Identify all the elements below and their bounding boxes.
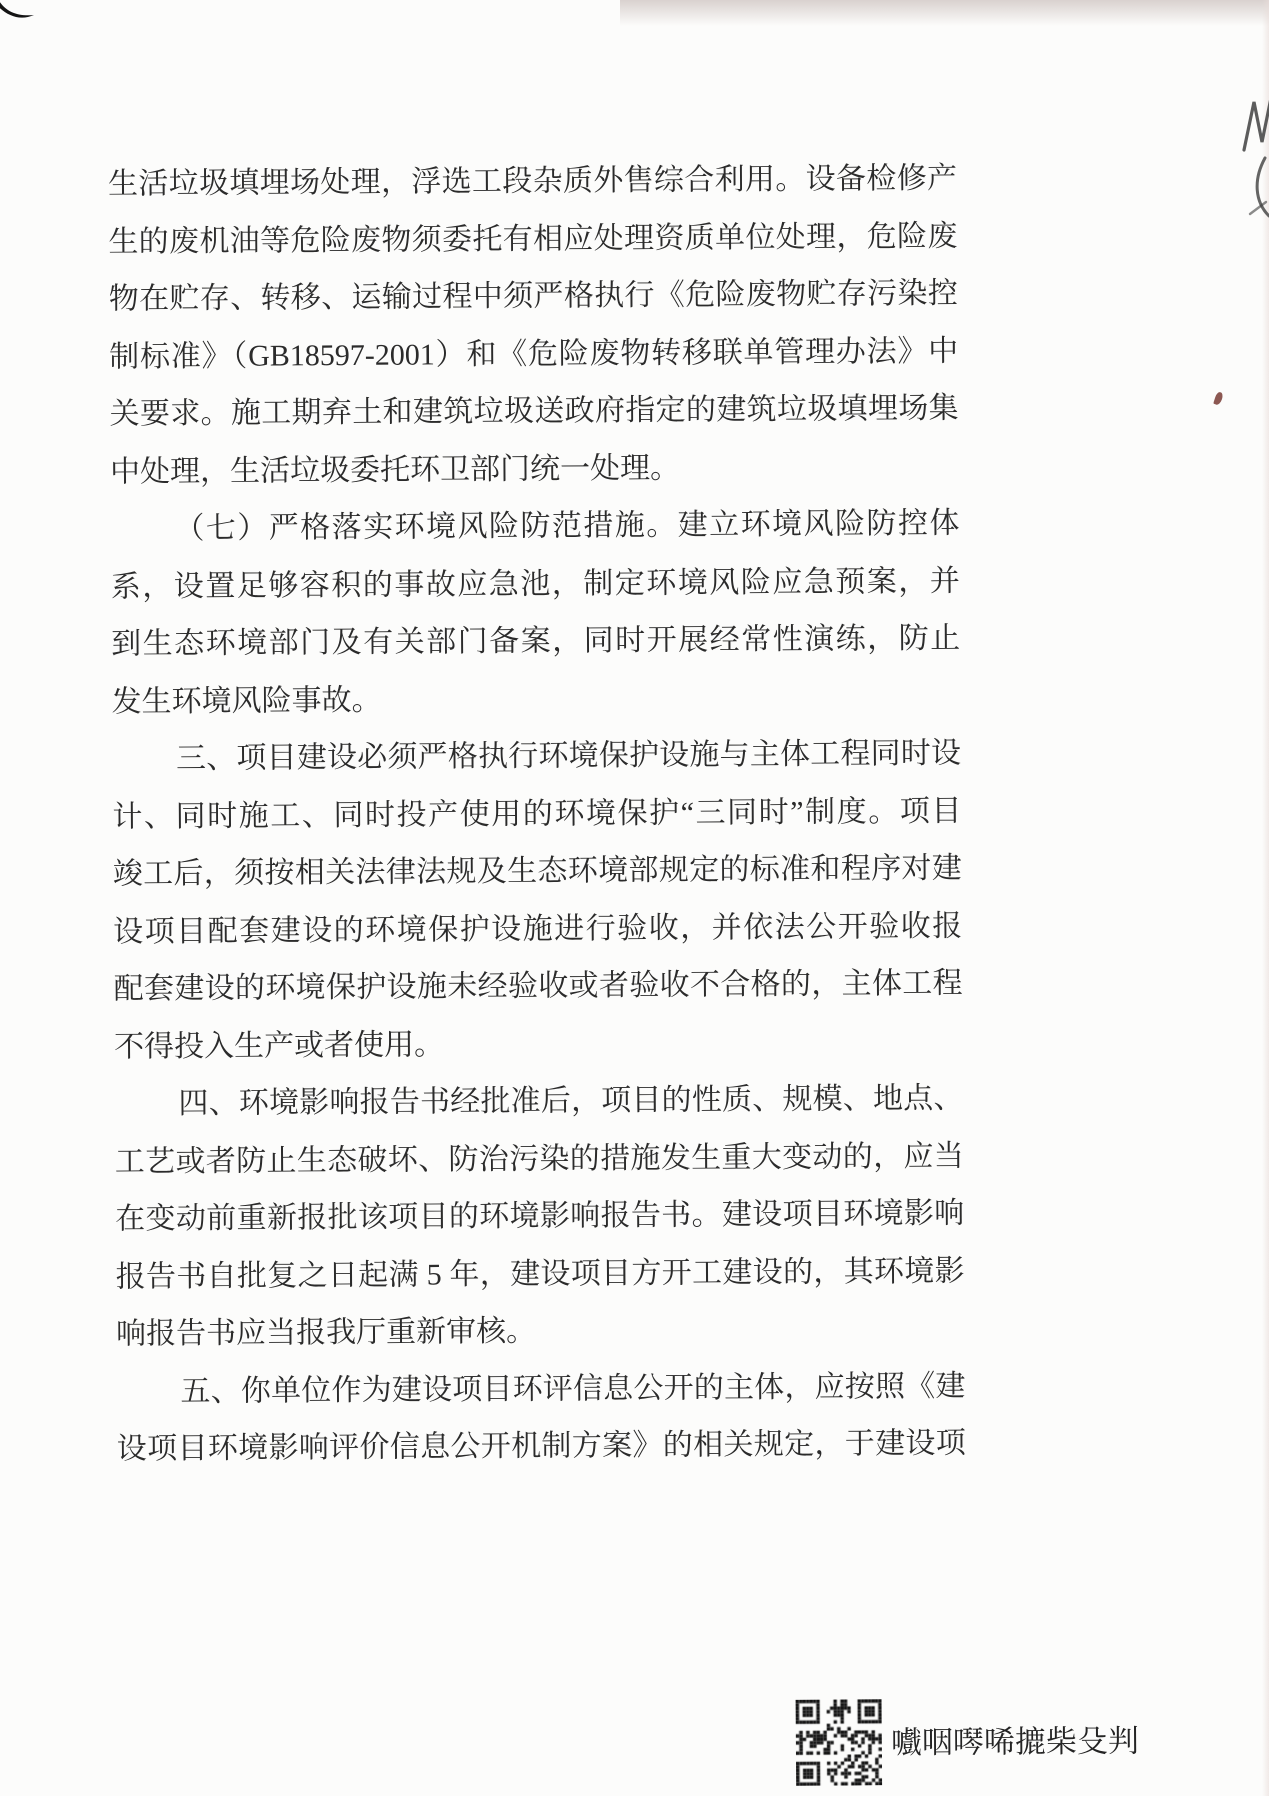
text-line: 到生态环境部门及有关部门备案，同时开展经常性演练，防止 [111,610,960,673]
text-line: 不得投入生产或者使用。 [114,1012,963,1075]
text-line: 发生环境风险事故。 [111,667,960,730]
qr-block: 嚱咽噖唏摝柴殳判 [796,1698,1140,1786]
document-text: 生活垃圾填埋场处理，浮选工段杂质外售综合利用。设备检修产生的废机油等危险废物须委… [108,150,966,1478]
qr-caption: 嚱咽噖唏摝柴殳判 [891,1715,1139,1762]
scanned-document-page: 生活垃圾填埋场处理，浮选工段杂质外售综合利用。设备检修产生的废机油等危险废物须委… [0,0,1269,1796]
text-line: （七）严格落实环境风险防范措施。建立环境风险防控体 [110,495,959,558]
text-line: 制标准》（GB18597-2001）和《危险废物转移联单管理办法》中相 [109,322,958,385]
text-line: 中处理，生活垃圾委托环卫部门统一处理。 [110,437,959,500]
qr-code [796,1699,883,1786]
text-line: 竣工后，须按相关法律法规及生态环境部规定的标准和程序对建 [113,840,962,903]
scan-content: 生活垃圾填埋场处理，浮选工段杂质外售综合利用。设备检修产生的废机油等危险废物须委… [0,0,1269,1796]
text-line: 系，设置足够容积的事故应急池，制定环境风险应急预案，并 [111,552,960,615]
text-line: 五、你单位作为建设项目环评信息公开的主体，应按照《建 [116,1357,965,1420]
text-line: 在变动前重新报批该项目的环境影响报告书。建设项目环境影响 [115,1185,964,1248]
text-line: 配套建设的环境保护设施未经验收或者验收不合格的，主体工程 [113,955,962,1018]
text-line: 生活垃圾填埋场处理，浮选工段杂质外售综合利用。设备检修产 [108,150,957,213]
text-line: 物在贮存、转移、运输过程中须严格执行《危险废物贮存污染控 [109,265,958,328]
text-line: 响报告书应当报我厅重新审核。 [116,1300,965,1363]
text-line: 生的废机油等危险废物须委托有相应处理资质单位处理，危险废 [108,207,957,270]
text-line: 关要求。施工期弃土和建筑垃圾送政府指定的建筑垃圾填埋场集 [109,380,958,443]
text-line: 报告书自批复之日起满 5 年，建设项目方开工建设的，其环境影 [115,1242,964,1305]
text-line: 设项目配套建设的环境保护设施进行验收，并依法公开验收报告。 [113,897,962,960]
text-line: 计、同时施工、同时投产使用的环境保护“三同时”制度。项目 [112,782,961,845]
text-line: 三、项目建设必须严格执行环境保护设施与主体工程同时设 [112,725,961,788]
text-line: 工艺或者防止生态破坏、防治污染的措施发生重大变动的，应当 [115,1127,964,1190]
text-line: 四、环境影响报告书经批准后，项目的性质、规模、地点、 [114,1070,963,1133]
text-line: 设项目环境影响评价信息公开机制方案》的相关规定，于建设项 [117,1415,966,1478]
